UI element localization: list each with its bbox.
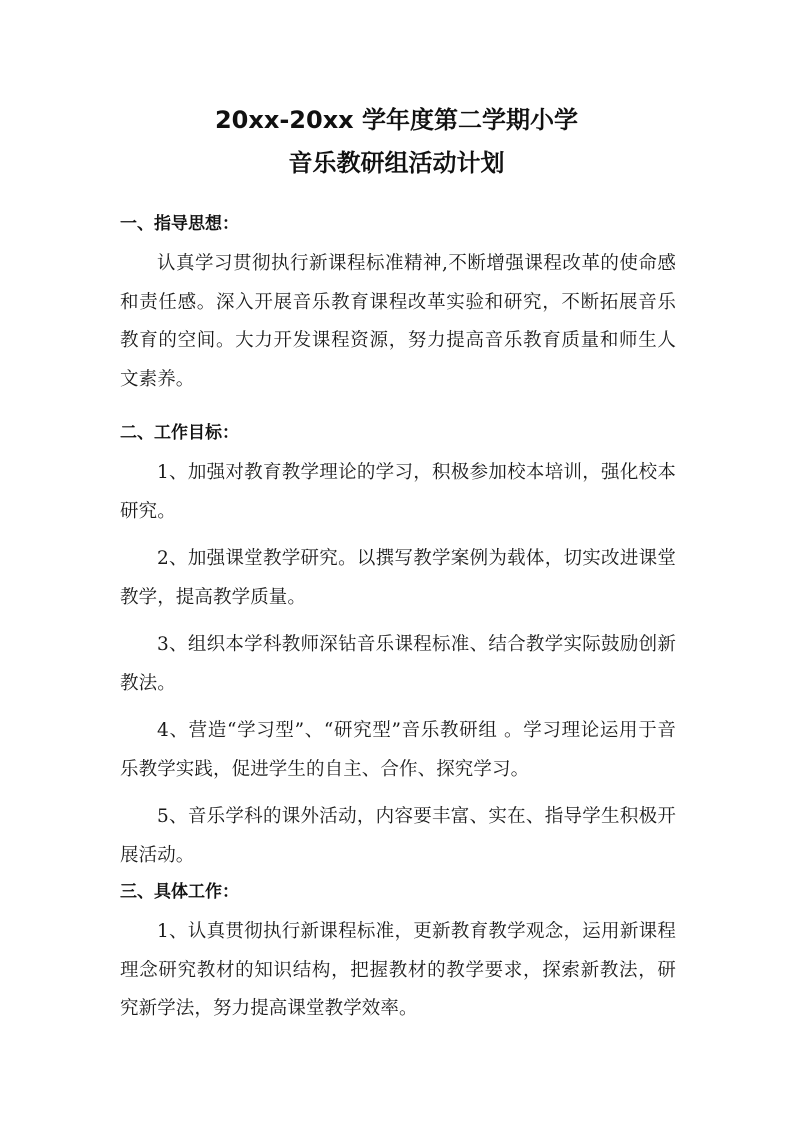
document-title-line-1: 20xx-20xx 学年度第二学期小学 [0, 100, 793, 135]
paragraph-goal-3: 3、组织本学科教师深钻音乐课程标准、结合教学实际鼓励创新教法。 [120, 626, 676, 703]
document-title-line-2: 音乐教研组活动计划 [0, 143, 793, 178]
paragraph-work-1: 1、认真贯彻执行新课程标准，更新教育教学观念，运用新课程理念研究教材的知识结构，… [120, 913, 676, 1029]
document-page: 20xx-20xx 学年度第二学期小学 音乐教研组活动计划 一、指导思想： 认真… [0, 0, 793, 1122]
section-heading-guiding-ideology: 一、指导思想： [120, 209, 239, 234]
paragraph-goal-4: 4、营造“学习型”、“研究型”音乐教研组 。学习理论运用于音乐教学实践，促进学生… [120, 712, 676, 789]
paragraph-goal-2: 2、加强课堂教学研究。以撰写教学案例为载体，切实改进课堂教学，提高教学质量。 [120, 540, 676, 617]
section-heading-specific-work: 三、具体工作： [120, 877, 239, 902]
paragraph-guiding-ideology: 认真学习贯彻执行新课程标准精神,不断增强课程改革的使命感和责任感。深入开展音乐教… [120, 245, 676, 399]
paragraph-goal-1: 1、加强对教育教学理论的学习，积极参加校本培训，强化校本研究。 [120, 454, 676, 531]
section-heading-work-goals: 二、工作目标： [120, 418, 239, 443]
paragraph-goal-5: 5、音乐学科的课外活动，内容要丰富、实在、指导学生积极开展活动。 [120, 798, 676, 875]
